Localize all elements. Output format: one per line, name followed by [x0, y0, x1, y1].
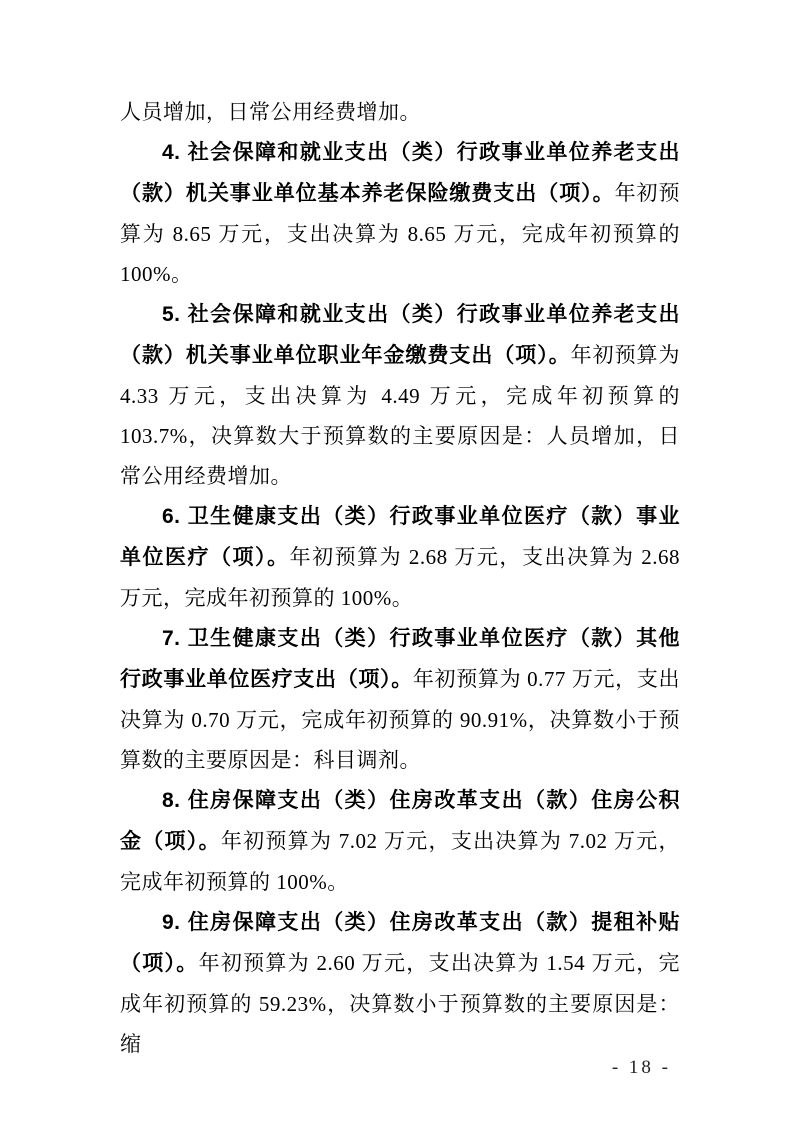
document-page: 人员增加，日常公用经费增加。 4. 社会保障和就业支出（类）行政事业单位养老支出…	[0, 0, 793, 1122]
paragraph-item-7: 7. 卫生健康支出（类）行政事业单位医疗（款）其他行政事业单位医疗支出（项）。年…	[120, 618, 680, 780]
paragraph-item-5: 5. 社会保障和就业支出（类）行政事业单位养老支出（款）机关事业单位职业年金缴费…	[120, 294, 680, 496]
paragraph-heading: 4. 社会保障和就业支出（类）行政事业单位养老支出（款）机关事业单位基本养老保险…	[120, 141, 680, 205]
paragraph-item-4: 4. 社会保障和就业支出（类）行政事业单位养老支出（款）机关事业单位基本养老保险…	[120, 132, 680, 294]
document-content: 人员增加，日常公用经费增加。 4. 社会保障和就业支出（类）行政事业单位养老支出…	[120, 92, 680, 1064]
paragraph-item-9: 9. 住房保障支出（类）住房改革支出（款）提租补贴（项）。年初预算为 2.60 …	[120, 902, 680, 1064]
page-number: - 18 -	[612, 1055, 671, 1081]
paragraph-continuation: 人员增加，日常公用经费增加。	[120, 92, 680, 132]
paragraph-item-6: 6. 卫生健康支出（类）行政事业单位医疗（款）事业单位医疗（项）。年初预算为 2…	[120, 496, 680, 618]
continuation-text: 人员增加，日常公用经费增加。	[120, 100, 421, 124]
paragraph-body: 年初预算为 2.60 万元，支出决算为 1.54 万元，完成年初预算的 59.2…	[120, 951, 680, 1056]
paragraph-item-8: 8. 住房保障支出（类）住房改革支出（款）住房公积金（项）。年初预算为 7.02…	[120, 780, 680, 902]
